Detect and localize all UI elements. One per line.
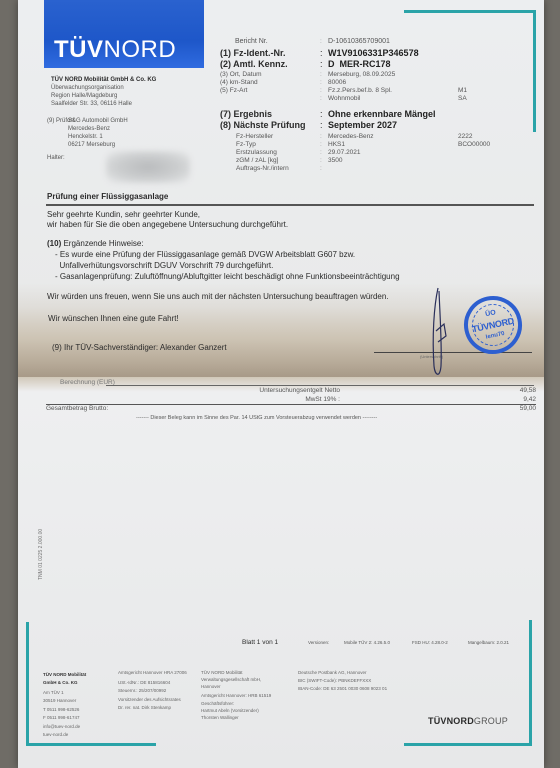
header-field-colon: : bbox=[320, 95, 322, 102]
halter-label: Halter: bbox=[47, 155, 65, 161]
halter-redacted bbox=[106, 151, 190, 183]
footer-line: Vorsitzender des Aufsichtsrates bbox=[118, 697, 181, 702]
header-field-colon: : bbox=[320, 157, 322, 164]
header-field-value: D-10610365709001 bbox=[328, 38, 390, 45]
notes-heading: (10) Ergänzende Hinweise: bbox=[47, 239, 144, 248]
footer-line: Am TÜV 1 bbox=[43, 690, 64, 695]
header-field-value: D MER-RC178 bbox=[328, 59, 391, 69]
tuv-nord-logo: TÜVNORD bbox=[44, 0, 204, 68]
version-item: Mobile TÜV 2: 4.26.5.0 bbox=[344, 640, 390, 645]
footer-line: Hartmut Abeln (Vorsitzender) bbox=[201, 708, 259, 713]
expert-name: (9) Ihr TÜV-Sachverständiger: Alexander … bbox=[52, 343, 227, 352]
section-divider bbox=[46, 204, 534, 206]
notes-number: (10) bbox=[47, 239, 61, 248]
logo-bold: TÜV bbox=[54, 36, 104, 63]
header-field-label: (4) km-Stand bbox=[220, 79, 258, 86]
billing-row-label: MwSt 19% : bbox=[212, 396, 340, 403]
teal-corner-line bbox=[26, 743, 156, 746]
header-field-value: 3500 bbox=[328, 157, 342, 164]
footer-line: Amtsgericht Hannover: HRB 61519 bbox=[201, 693, 271, 698]
header-field-label: (1) Fz-Ident.-Nr. bbox=[220, 48, 286, 58]
header-field-colon: : bbox=[320, 71, 322, 78]
logo-regular: NORD bbox=[104, 36, 177, 63]
note-item: - Es wurde eine Prüfung der Flüssiggasan… bbox=[55, 250, 355, 259]
header-field-label: (8) Nächste Prüfung bbox=[220, 120, 306, 130]
billing-row-amount: 9,42 bbox=[488, 396, 536, 403]
footer-line: tuev-nord.de bbox=[43, 732, 68, 737]
closing-line: Wir wünschen Ihnen eine gute Fahrt! bbox=[48, 314, 179, 323]
header-field-colon: : bbox=[320, 149, 322, 156]
signature-icon bbox=[424, 286, 454, 378]
billing-note: ------- Dieser Beleg kann im Sinne des P… bbox=[136, 415, 377, 421]
billing-row-amount: 49,58 bbox=[488, 387, 536, 394]
notes-title: Ergänzende Hinweise: bbox=[63, 239, 143, 248]
note-item: - Gasanlagenprüfung: Zuluftöffnung/Abluf… bbox=[55, 272, 400, 281]
footer-line: TÜV NORD Mobilität bbox=[43, 672, 86, 677]
footer-line: Amtsgericht Hannover HRA 27006 bbox=[118, 670, 187, 675]
header-field-label: (2) Amtl. Kennz. bbox=[220, 59, 288, 69]
footer-line: Hannover bbox=[201, 684, 221, 689]
header-field-colon: : bbox=[320, 141, 322, 148]
header-field-code: M1 bbox=[458, 87, 467, 94]
header-field-value: Wohnmobil bbox=[328, 95, 360, 102]
issuer-line: Überwachungsorganisation bbox=[51, 85, 124, 91]
closing-line: Wir würden uns freuen, wenn Sie uns auch… bbox=[47, 292, 389, 301]
footer-line: Geschäftsführer: bbox=[201, 701, 234, 706]
header-field-colon: : bbox=[320, 109, 323, 119]
billing-total-divider bbox=[46, 404, 536, 405]
header-field-label: zGM / zAL [kg] bbox=[236, 157, 278, 164]
report-document: TÜVNORD TÜV NORD Mobilität GmbH & Co. KG… bbox=[18, 0, 544, 768]
greeting-line: Sehr geehrte Kundin, sehr geehrter Kunde… bbox=[47, 210, 200, 219]
footer-line: T 0511 998-62526 bbox=[43, 707, 79, 712]
footer-line: TÜV NORD Mobilität bbox=[201, 670, 243, 675]
footer-line: Deutsche Postbank AG, Hannover bbox=[298, 670, 367, 675]
header-field-label: Fz-Typ bbox=[236, 141, 256, 148]
footer-line: info@tuev-nord.de bbox=[43, 724, 80, 729]
pruefort-line: Henckelstr. 1 bbox=[68, 134, 103, 140]
header-field-label: (3) Ort, Datum bbox=[220, 71, 262, 78]
header-field-value: HKS1 bbox=[328, 141, 345, 148]
header-field-label: (7) Ergebnis bbox=[220, 109, 272, 119]
versions-label: Versionen: bbox=[308, 640, 329, 645]
header-field-code: 2222 bbox=[458, 133, 472, 140]
header-field-label: Fz-Hersteller bbox=[236, 133, 273, 140]
issuer-line: Saalfelder Str. 33, 06116 Halle bbox=[51, 101, 132, 107]
note-item: Unfallverhütungsvorschrift DGUV Vorschri… bbox=[55, 261, 273, 270]
footer-line: Dr. rer. nat. Dirk Stenkamp bbox=[118, 705, 171, 710]
footer-line: BIC (SWIFT-Code): PBNKDEFFXXX bbox=[298, 678, 371, 683]
footer-line: GmbH & Co. KG bbox=[43, 680, 78, 685]
group-logo-bold: TÜVNORD bbox=[428, 716, 474, 726]
header-field-code: BCO00000 bbox=[458, 141, 490, 148]
footer-line: Steuernr.: 25/207/00992 bbox=[118, 688, 166, 693]
greeting-line: wir haben für Sie die oben angegebene Un… bbox=[47, 220, 288, 229]
header-field-colon: : bbox=[320, 165, 322, 172]
page-indicator: Blatt 1 von 1 bbox=[242, 639, 278, 646]
header-field-value: 80006 bbox=[328, 79, 346, 86]
header-field-colon: : bbox=[320, 79, 322, 86]
teal-corner-line bbox=[26, 622, 29, 746]
tuv-nord-group-logo: TÜVNORDGROUP bbox=[428, 716, 508, 726]
billing-row-label: Untersuchungsentgelt Netto bbox=[212, 387, 340, 394]
header-field-label: Erstzulassung bbox=[236, 149, 277, 156]
version-item: Mangelbaum: 2.0.21 bbox=[468, 640, 509, 645]
header-field-code: SA bbox=[458, 95, 467, 102]
teal-corner-line bbox=[404, 743, 532, 746]
footer-line: Verwaltungsgesellschaft mbH, bbox=[201, 677, 261, 682]
header-field-value: Merseburg, 08.09.2025 bbox=[328, 71, 395, 78]
header-field-value: Ohne erkennbare Mängel bbox=[328, 109, 436, 119]
teal-corner-line bbox=[533, 10, 536, 132]
pruefort-line: Mercedes-Benz bbox=[68, 126, 110, 132]
billing-divider bbox=[106, 385, 534, 386]
header-field-colon: : bbox=[320, 87, 322, 94]
teal-corner-line bbox=[529, 620, 532, 746]
header-field-colon: : bbox=[320, 38, 322, 45]
header-field-label: (5) Fz-Art bbox=[220, 87, 247, 94]
footer-line: F 0511 998-61747 bbox=[43, 715, 79, 720]
header-field-label: Bericht Nr. bbox=[235, 38, 268, 45]
issuer-line: Region Halle/Magdeburg bbox=[51, 93, 117, 99]
teal-corner-line bbox=[404, 10, 536, 13]
header-field-colon: : bbox=[320, 120, 323, 130]
footer-line: USt.-IdNr.: DE 815816604 bbox=[118, 680, 170, 685]
pruefort-line: 06217 Merseburg bbox=[68, 142, 115, 148]
footer-line: IBAN-Code: DE 63 2501 0030 0608 9023 01 bbox=[298, 686, 387, 691]
footer-line: 30519 Hannover bbox=[43, 698, 76, 703]
header-field-value: September 2027 bbox=[328, 120, 397, 130]
header-field-value: W1V9106331P346578 bbox=[328, 48, 419, 58]
header-field-value: 29.07.2021 bbox=[328, 149, 361, 156]
issuer-name: TÜV NORD Mobilität GmbH & Co. KG bbox=[51, 77, 156, 83]
header-field-colon: : bbox=[320, 133, 322, 140]
version-item: FSD HU: 4.28.0-2 bbox=[412, 640, 448, 645]
billing-total-label: Gesamtbetrag Brutto: bbox=[46, 405, 108, 412]
side-code: TNM 01 0225 2.000.00 bbox=[38, 529, 44, 580]
section-title: Prüfung einer Flüssiggasanlage bbox=[47, 192, 168, 201]
header-field-value: Mercedes-Benz bbox=[328, 133, 374, 140]
footer-line: Thorsten Wallinger bbox=[201, 715, 239, 720]
header-field-value: Fz.z.Pers.bef.b. 8 Spl. bbox=[328, 87, 392, 94]
pruefort-line: S&G Automobil GmbH bbox=[68, 118, 128, 124]
header-field-label: Auftrags-Nr./intern bbox=[236, 165, 289, 172]
header-field-colon: : bbox=[320, 59, 323, 69]
header-field-colon: : bbox=[320, 48, 323, 58]
group-logo-regular: GROUP bbox=[474, 716, 508, 726]
billing-total-amount: 59,00 bbox=[488, 405, 536, 412]
